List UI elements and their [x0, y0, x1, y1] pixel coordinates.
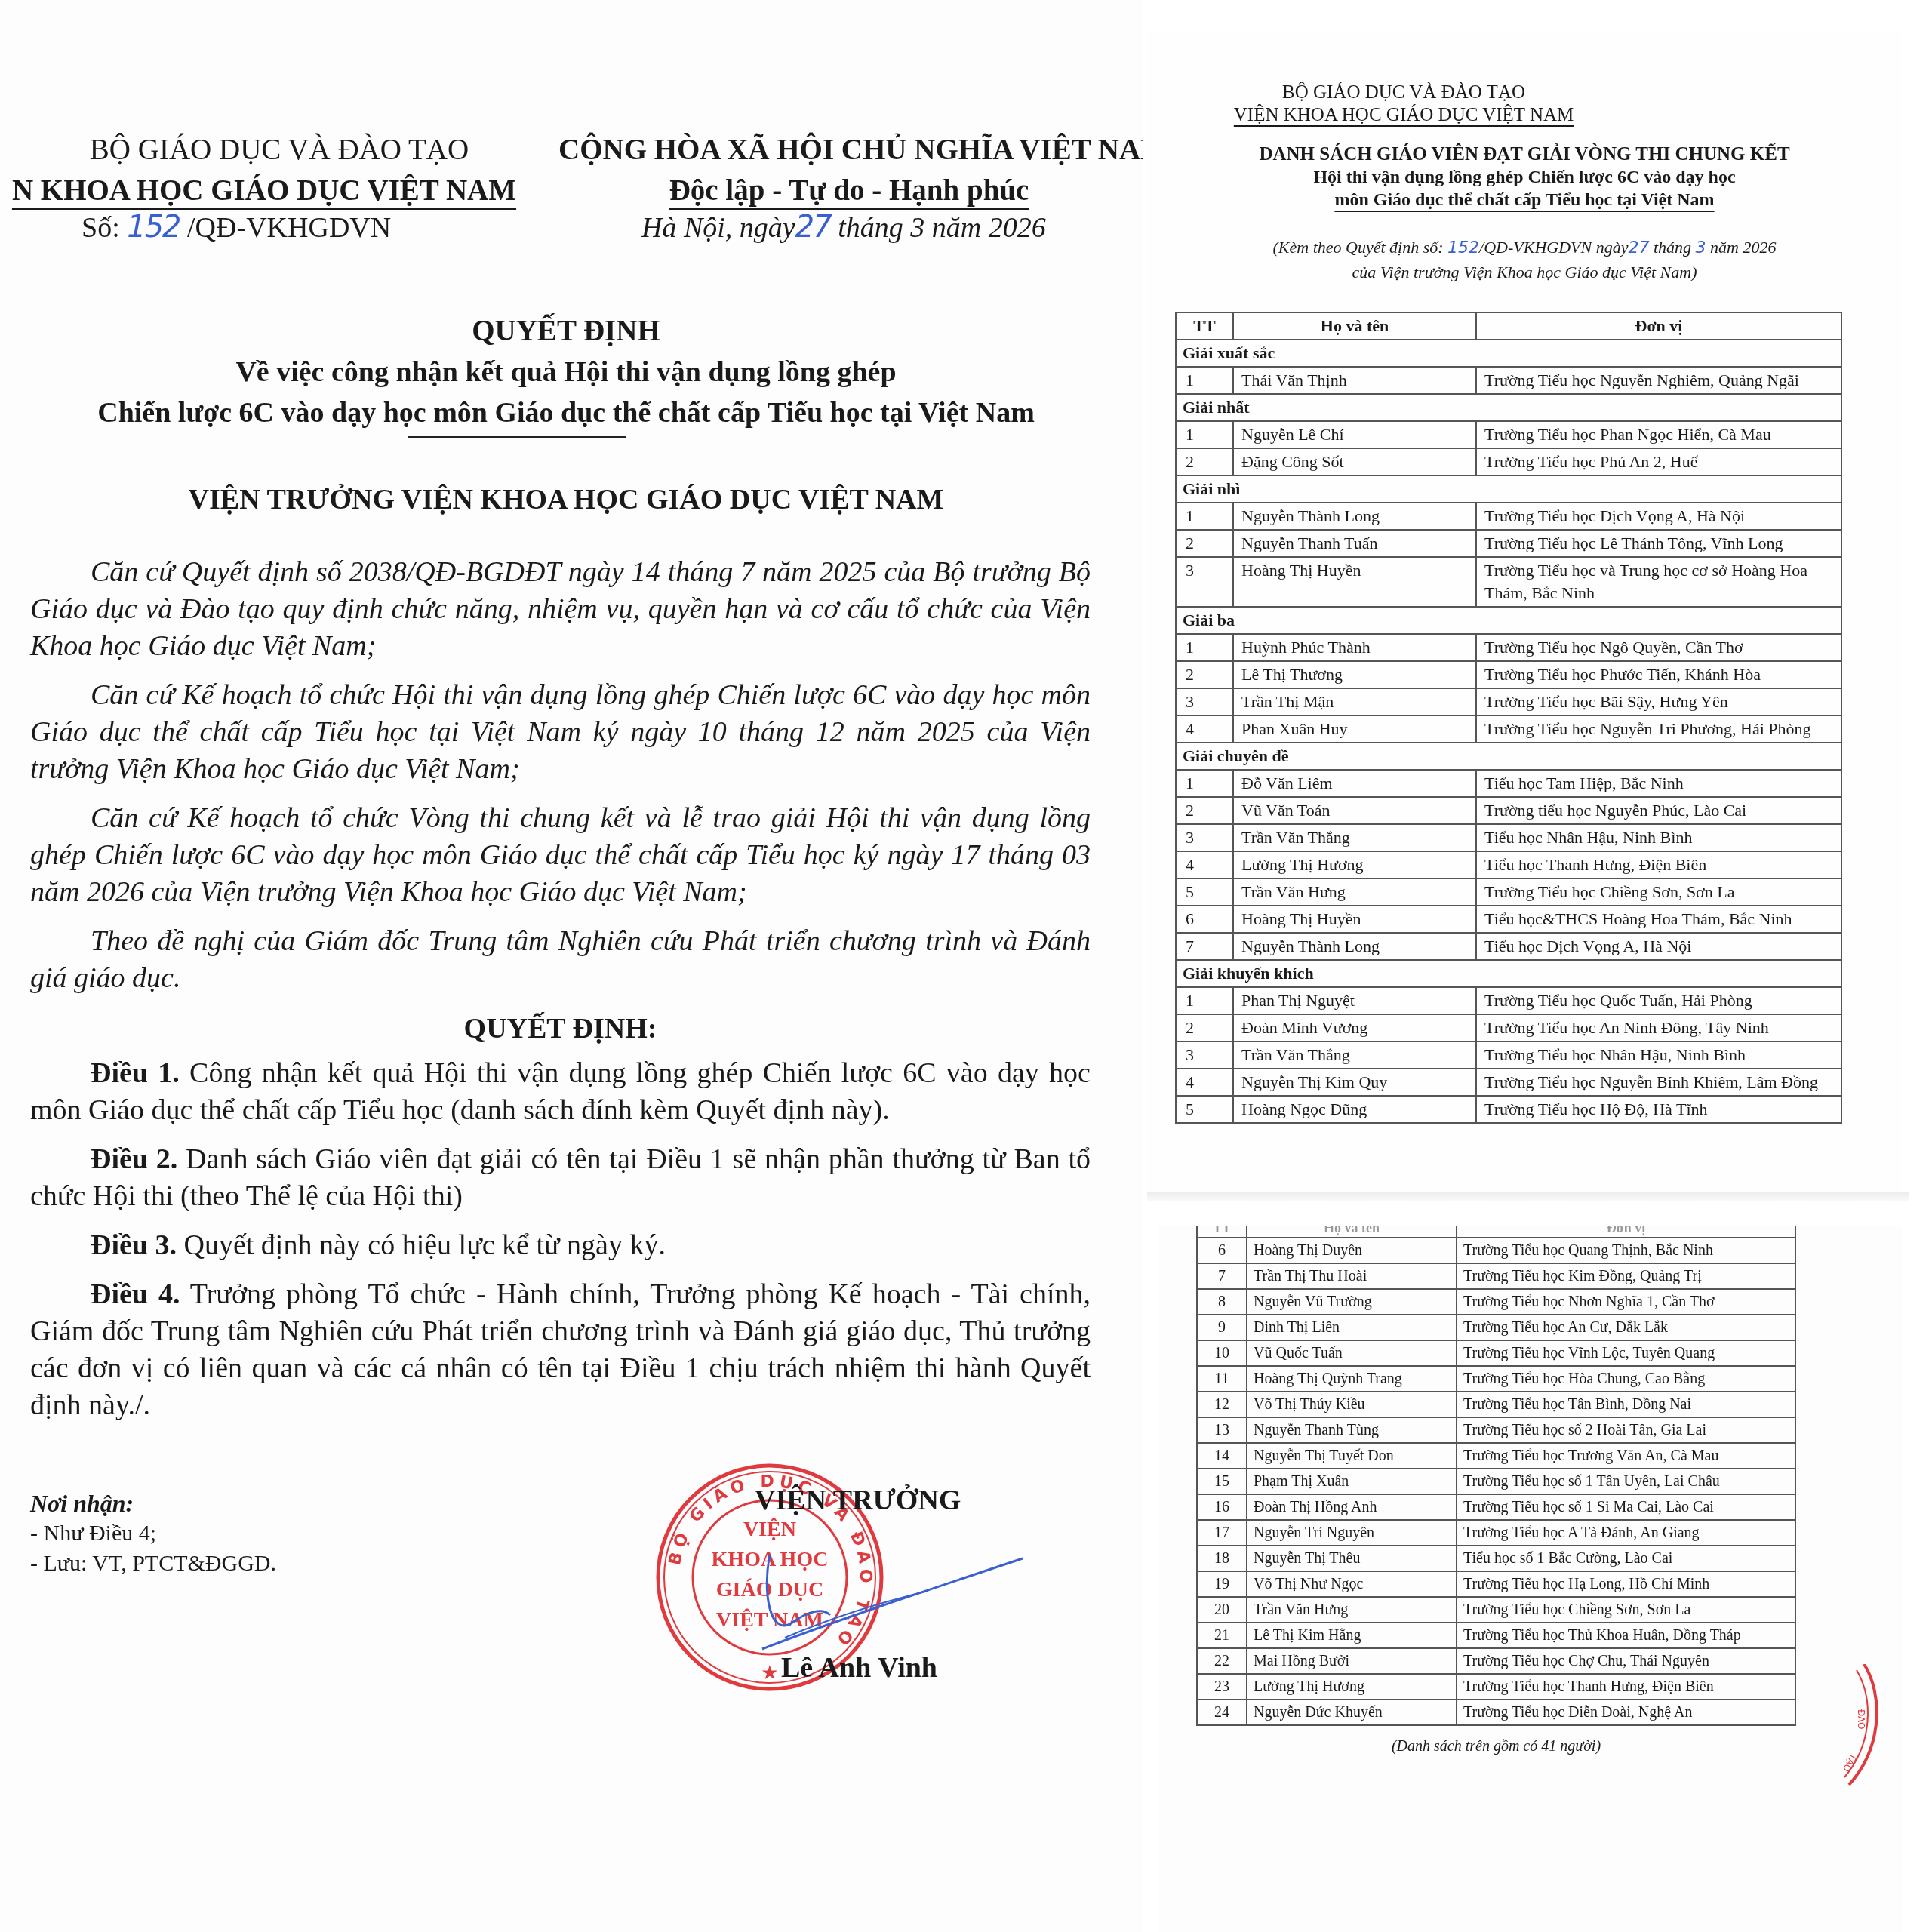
issue-date: Hà Nội, ngày27 tháng 3 năm 2026: [641, 210, 1046, 245]
cell-unit: Trường Tiểu học An Cư, Đắk Lắk: [1457, 1315, 1795, 1340]
table-row: 6Hoàng Thị DuyênTrường Tiểu học Quang Th…: [1197, 1238, 1795, 1263]
recipients-block: Nơi nhận: - Như Điều 4; - Lưu: VT, PTCT&…: [30, 1488, 276, 1579]
award-group-label: Giải chuyên đề: [1176, 743, 1841, 770]
cell-name: Mai Hồng Bưởi: [1247, 1648, 1457, 1674]
republic-name: CỘNG HÒA XÃ HỘI CHỦ NGHĨA VIỆT NAM: [558, 130, 1140, 171]
table-row: 3Trần Văn ThắngTrường Tiểu học Nhân Hậu,…: [1176, 1041, 1841, 1069]
table-row: 2Lê Thị ThươngTrường Tiểu học Phước Tiến…: [1176, 661, 1841, 688]
table-row: 15Phạm Thị XuânTrường Tiểu học số 1 Tân …: [1197, 1469, 1795, 1494]
cell-unit: Trường Tiểu học Nguyễn Bỉnh Khiêm, Lâm Đ…: [1476, 1069, 1841, 1096]
cell-tt: 1: [1176, 503, 1233, 530]
table-row: 2Đặng Công SốtTrường Tiểu học Phú An 2, …: [1176, 448, 1841, 475]
list-ministry: BỘ GIÁO DỤC VÀ ĐÀO TẠO: [1192, 82, 1615, 104]
cell-tt: 16: [1197, 1494, 1247, 1520]
cell-tt: 4: [1176, 851, 1233, 878]
signer-name: Lê Anh Vinh: [781, 1651, 937, 1684]
cell-name: Lê Thị Thương: [1233, 661, 1476, 688]
page-separator: [1147, 1192, 1909, 1201]
table-row: 7Nguyễn Thành LongTiểu học Dịch Vọng A, …: [1176, 933, 1841, 960]
decision-document-page: BỘ GIÁO DỤC VÀ ĐÀO TẠO N KHOA HỌC GIÁO D…: [0, 0, 1143, 1932]
award-table-body: Giải xuất sắc1Thái Văn ThịnhTrường Tiểu …: [1176, 340, 1841, 1123]
article-2: Điều 2. Danh sách Giáo viên đạt giải có …: [30, 1141, 1091, 1215]
cell-name: Nguyễn Đức Khuyến: [1247, 1700, 1457, 1725]
table-row: 22Mai Hồng BưởiTrường Tiểu học Chợ Chu, …: [1197, 1648, 1795, 1674]
cell-name: Nguyễn Thị Thêu: [1247, 1546, 1457, 1571]
award-group-row: Giải xuất sắc: [1176, 340, 1841, 367]
cell-unit: Trường Tiểu học Nhơn Nghĩa 1, Cần Thơ: [1457, 1289, 1795, 1315]
table-row: 1Đỗ Văn LiêmTiểu học Tam Hiệp, Bắc Ninh: [1176, 770, 1841, 797]
decision-subtitle-line1: Về việc công nhận kết quả Hội thi vận dụ…: [30, 352, 1102, 392]
column-header-name: Họ và tên: [1247, 1226, 1457, 1238]
cell-name: Vũ Văn Toán: [1233, 797, 1476, 824]
decision-title-block: QUYẾT ĐỊNH Về việc công nhận kết quả Hội…: [30, 311, 1102, 438]
cell-unit: Tiểu học Nhân Hậu, Ninh Bình: [1476, 824, 1841, 851]
cell-name: Lường Thị Hương: [1233, 851, 1476, 878]
table-row: 18Nguyễn Thị ThêuTiểu học số 1 Bắc Cường…: [1197, 1546, 1795, 1571]
cell-unit: Tiểu học Thanh Hưng, Điện Biên: [1476, 851, 1841, 878]
table-row: 9Đinh Thị LiênTrường Tiểu học An Cư, Đắk…: [1197, 1315, 1795, 1340]
cell-unit: Trường Tiểu học An Ninh Đông, Tây Ninh: [1476, 1014, 1841, 1041]
cell-tt: 2: [1176, 530, 1233, 557]
partial-seal-icon: ĐÀO TẠO: [1841, 1664, 1887, 1792]
cell-tt: 2: [1176, 797, 1233, 824]
cell-name: Đỗ Văn Liêm: [1233, 770, 1476, 797]
table-row: 14Nguyễn Thị Tuyết DonTrường Tiểu học Tr…: [1197, 1443, 1795, 1469]
table-row: 24Nguyễn Đức KhuyếnTrường Tiểu học Diễn …: [1197, 1700, 1795, 1725]
list-institute: VIỆN KHOA HỌC GIÁO DỤC VIỆT NAM: [1192, 104, 1615, 127]
cell-unit: Tiểu học Tam Hiệp, Bắc Ninh: [1476, 770, 1841, 797]
table-row: 1Thái Văn ThịnhTrường Tiểu học Nguyễn Ng…: [1176, 367, 1841, 394]
cell-name: Võ Thị Thúy Kiều: [1247, 1392, 1457, 1417]
award-table-continuation-body: 6Hoàng Thị DuyênTrường Tiểu học Quang Th…: [1197, 1238, 1795, 1725]
table-row: 2Đoàn Minh VươngTrường Tiểu học An Ninh …: [1176, 1014, 1841, 1041]
list-title-block: DANH SÁCH GIÁO VIÊN ĐẠT GIẢI VÒNG THI CH…: [1192, 143, 1857, 211]
list-title: DANH SÁCH GIÁO VIÊN ĐẠT GIẢI VÒNG THI CH…: [1192, 143, 1857, 166]
table-row: 1Phan Thị NguyệtTrường Tiểu học Quốc Tuấ…: [1176, 987, 1841, 1014]
cell-tt: 2: [1176, 661, 1233, 688]
handwritten-number: 152: [1447, 238, 1479, 257]
national-motto: Độc lập - Tự do - Hạnh phúc: [558, 171, 1140, 211]
table-row: 17Nguyễn Trí NguyênTrường Tiểu học A Tà …: [1197, 1520, 1795, 1546]
cell-tt: 23: [1197, 1674, 1247, 1700]
attachment-reference: (Kèm theo Quyết định số: 152/QĐ-VKHGDVN …: [1192, 235, 1857, 285]
award-group-label: Giải ba: [1176, 607, 1841, 634]
column-header-unit: Đơn vị: [1476, 312, 1841, 340]
cell-name: Nguyễn Lê Chí: [1233, 421, 1476, 448]
cell-tt: 20: [1197, 1597, 1247, 1623]
decision-subtitle-line2: Chiến lược 6C vào dạy học môn Giáo dục t…: [30, 392, 1102, 433]
svg-text:TẠO: TẠO: [1841, 1752, 1860, 1774]
cell-unit: Trường Tiểu học Phú An 2, Huế: [1476, 448, 1841, 475]
table-row: 21Lê Thị Kim HằngTrường Tiểu học Thủ Kho…: [1197, 1623, 1795, 1648]
cell-unit: Tiểu học số 1 Bắc Cường, Lào Cai: [1457, 1546, 1795, 1571]
cell-name: Nguyễn Thị Tuyết Don: [1247, 1443, 1457, 1469]
cell-name: Hoàng Thị Quỳnh Trang: [1247, 1366, 1457, 1392]
cell-tt: 21: [1197, 1623, 1247, 1648]
cell-tt: 2: [1176, 1014, 1233, 1041]
list-subtitle-line1: Hội thi vận dụng lồng ghép Chiến lược 6C…: [1192, 166, 1857, 189]
cell-unit: Trường Tiểu học A Tà Đảnh, An Giang: [1457, 1520, 1795, 1546]
list-subtitle-line2: môn Giáo dục thể chất cấp Tiểu học tại V…: [1192, 189, 1857, 211]
table-row: 10Vũ Quốc TuấnTrường Tiểu học Vĩnh Lộc, …: [1197, 1340, 1795, 1366]
cell-name: Trần Văn Hưng: [1247, 1597, 1457, 1623]
table-row: 5Trần Văn HưngTrường Tiểu học Chiềng Sơn…: [1176, 878, 1841, 906]
authority-heading: VIỆN TRƯỞNG VIỆN KHOA HỌC GIÁO DỤC VIỆT …: [30, 483, 1102, 516]
cell-name: Nguyễn Thanh Tuấn: [1233, 530, 1476, 557]
cell-tt: 4: [1176, 1069, 1233, 1096]
cell-unit: Trường Tiểu học Quang Thịnh, Bắc Ninh: [1457, 1238, 1795, 1263]
column-header-tt: TT: [1197, 1226, 1247, 1238]
cell-tt: 9: [1197, 1315, 1247, 1340]
cell-unit: Trường Tiểu học Phước Tiến, Khánh Hòa: [1476, 661, 1841, 688]
column-header-tt: TT: [1176, 312, 1233, 340]
cell-unit: Trường Tiểu học Quốc Tuấn, Hải Phòng: [1476, 987, 1841, 1014]
table-row: 12Võ Thị Thúy KiềuTrường Tiểu học Tân Bì…: [1197, 1392, 1795, 1417]
article-3: Điều 3. Quyết định này có hiệu lực kể từ…: [30, 1227, 1091, 1264]
award-group-row: Giải nhì: [1176, 475, 1841, 503]
cell-tt: 12: [1197, 1392, 1247, 1417]
cell-unit: Trường Tiểu học Dịch Vọng A, Hà Nội: [1476, 503, 1841, 530]
cell-tt: 1: [1176, 987, 1233, 1014]
table-row: 4Lường Thị HươngTiểu học Thanh Hưng, Điệ…: [1176, 851, 1841, 878]
cell-unit: Trường Tiểu học Chiềng Sơn, Sơn La: [1476, 878, 1841, 906]
cell-unit: Tiểu học&THCS Hoàng Hoa Thám, Bắc Ninh: [1476, 906, 1841, 933]
cell-tt: 1: [1176, 770, 1233, 797]
cell-unit: Trường Tiểu học Phan Ngọc Hiển, Cà Mau: [1476, 421, 1841, 448]
cell-name: Trần Thị Mận: [1233, 688, 1476, 715]
cell-unit: Trường Tiểu học Nhân Hậu, Ninh Bình: [1476, 1041, 1841, 1069]
cell-unit: Trường Tiểu học số 1 Si Ma Cai, Lào Cai: [1457, 1494, 1795, 1520]
cell-name: Hoàng Thị Duyên: [1247, 1238, 1457, 1263]
table-row: 8Nguyễn Vũ TrườngTrường Tiểu học Nhơn Ng…: [1197, 1289, 1795, 1315]
cell-unit: Trường Tiểu học Tân Bình, Đồng Nai: [1457, 1392, 1795, 1417]
table-row: 23Lường Thị HươngTrường Tiểu học Thanh H…: [1197, 1674, 1795, 1700]
list-issuing-body: BỘ GIÁO DỤC VÀ ĐÀO TẠO VIỆN KHOA HỌC GIÁ…: [1192, 82, 1615, 127]
cell-name: Đoàn Thị Hồng Anh: [1247, 1494, 1457, 1520]
cell-unit: Trường Tiểu học Lê Thánh Tông, Vĩnh Long: [1476, 530, 1841, 557]
cell-tt: 1: [1176, 421, 1233, 448]
table-row: 4Phan Xuân HuyTrường Tiểu học Nguyễn Tri…: [1176, 715, 1841, 743]
cell-name: Trần Văn Hưng: [1233, 878, 1476, 906]
table-row: 1Nguyễn Lê ChíTrường Tiểu học Phan Ngọc …: [1176, 421, 1841, 448]
table-header-row: TT Họ và tên Đơn vị: [1197, 1226, 1795, 1238]
table-row: 3Trần Thị MậnTrường Tiểu học Bãi Sậy, Hư…: [1176, 688, 1841, 715]
cell-name: Đoàn Minh Vương: [1233, 1014, 1476, 1041]
cell-unit: Trường tiểu học Nguyễn Phúc, Lào Cai: [1476, 797, 1841, 824]
table-row: 4Nguyễn Thị Kim QuyTrường Tiểu học Nguyễ…: [1176, 1069, 1841, 1096]
cell-name: Trần Văn Thắng: [1233, 1041, 1476, 1069]
table-row: 2Nguyễn Thanh TuấnTrường Tiểu học Lê Thá…: [1176, 530, 1841, 557]
cell-unit: Trường Tiểu học Bãi Sậy, Hưng Yên: [1476, 688, 1841, 715]
handwritten-number: 152: [127, 210, 180, 245]
recipient-item: - Như Điều 4;: [30, 1518, 276, 1549]
cell-tt: 1: [1176, 367, 1233, 394]
national-header: CỘNG HÒA XÃ HỘI CHỦ NGHĨA VIỆT NAM Độc l…: [558, 130, 1140, 211]
signature-icon: [740, 1524, 1026, 1660]
cell-tt: 3: [1176, 557, 1233, 607]
award-group-row: Giải chuyên đề: [1176, 743, 1841, 770]
document-number: Số: 152 /QĐ-VKHGDVN: [82, 210, 391, 245]
cell-name: Nguyễn Thanh Tùng: [1247, 1417, 1457, 1443]
cell-unit: Trường Tiểu học Thủ Khoa Huân, Đồng Tháp: [1457, 1623, 1795, 1648]
table-row: 16Đoàn Thị Hồng AnhTrường Tiểu học số 1 …: [1197, 1494, 1795, 1520]
cell-tt: 10: [1197, 1340, 1247, 1366]
cell-tt: 7: [1197, 1263, 1247, 1289]
cell-name: Lê Thị Kim Hằng: [1247, 1623, 1457, 1648]
cell-name: Trần Thị Thu Hoài: [1247, 1263, 1457, 1289]
award-group-row: Giải nhất: [1176, 394, 1841, 421]
cell-name: Phan Xuân Huy: [1233, 715, 1476, 743]
cell-unit: Trường Tiểu học Nguyễn Tri Phương, Hải P…: [1476, 715, 1841, 743]
award-group-label: Giải nhì: [1176, 475, 1841, 503]
cell-name: Huỳnh Phúc Thành: [1233, 634, 1476, 661]
cell-unit: Trường Tiểu học Hòa Chung, Cao Bằng: [1457, 1366, 1795, 1392]
proposal-ground: Theo đề nghị của Giám đốc Trung tâm Nghi…: [30, 923, 1091, 997]
table-row: 20Trần Văn HưngTrường Tiểu học Chiềng Sơ…: [1197, 1597, 1795, 1623]
cell-tt: 15: [1197, 1469, 1247, 1494]
cell-tt: 4: [1176, 715, 1233, 743]
signer-title: VIỆN TRƯỞNG: [755, 1484, 961, 1517]
svg-text:ĐÀO: ĐÀO: [1856, 1709, 1867, 1730]
cell-unit: Trường Tiểu học Trương Văn An, Cà Mau: [1457, 1443, 1795, 1469]
cell-tt: 14: [1197, 1443, 1247, 1469]
handwritten-day: 27: [1628, 238, 1649, 257]
cell-unit: Trường Tiểu học Thanh Hưng, Điện Biên: [1457, 1674, 1795, 1700]
handwritten-month: 3: [1696, 238, 1706, 257]
cell-name: Đặng Công Sốt: [1233, 448, 1476, 475]
cell-name: Phạm Thị Xuân: [1247, 1469, 1457, 1494]
award-group-label: Giải khuyến khích: [1176, 960, 1841, 987]
cell-unit: Trường Tiểu học Kim Đồng, Quảng Trị: [1457, 1263, 1795, 1289]
decides-heading: QUYẾT ĐỊNH:: [30, 1011, 1091, 1048]
cell-unit: Trường Tiểu học Diễn Đoài, Nghệ An: [1457, 1700, 1795, 1725]
cell-tt: 18: [1197, 1546, 1247, 1571]
column-header-name: Họ và tên: [1233, 312, 1476, 340]
cell-unit: Trường Tiểu học Chợ Chu, Thái Nguyên: [1457, 1648, 1795, 1674]
cell-name: Phan Thị Nguyệt: [1233, 987, 1476, 1014]
table-row: 5Hoàng Ngọc DũngTrường Tiểu học Hộ Độ, H…: [1176, 1096, 1841, 1123]
cell-tt: 19: [1197, 1571, 1247, 1597]
table-row: 1Nguyễn Thành LongTrường Tiểu học Dịch V…: [1176, 503, 1841, 530]
article-1: Điều 1. Công nhận kết quả Hội thi vận dụ…: [30, 1055, 1091, 1129]
table-row: 2Vũ Văn ToánTrường tiểu học Nguyễn Phúc,…: [1176, 797, 1841, 824]
cell-name: Nguyễn Thành Long: [1233, 503, 1476, 530]
cell-tt: 3: [1176, 824, 1233, 851]
cell-name: Nguyễn Vũ Trường: [1247, 1289, 1457, 1315]
cell-name: Võ Thị Như Ngọc: [1247, 1571, 1457, 1597]
cell-unit: Trường Tiểu học Hạ Long, Hồ Chí Minh: [1457, 1571, 1795, 1597]
cell-name: Lường Thị Hương: [1247, 1674, 1457, 1700]
cell-unit: Trường Tiểu học Nguyễn Nghiêm, Quảng Ngã…: [1476, 367, 1841, 394]
cell-tt: 5: [1176, 1096, 1233, 1123]
recipients-label: Nơi nhận:: [30, 1488, 276, 1518]
table-row: 7Trần Thị Thu HoàiTrường Tiểu học Kim Đồ…: [1197, 1263, 1795, 1289]
award-group-row: Giải khuyến khích: [1176, 960, 1841, 987]
issuing-body-header: BỘ GIÁO DỤC VÀ ĐÀO TẠO N KHOA HỌC GIÁO D…: [23, 130, 536, 211]
cell-name: Nguyễn Trí Nguyên: [1247, 1520, 1457, 1546]
cell-tt: 6: [1197, 1238, 1247, 1263]
svg-text:★: ★: [761, 1662, 778, 1684]
award-list-page-2: TT Họ và tên Đơn vị 6Hoàng Thị DuyênTrườ…: [1158, 1226, 1902, 1932]
recipient-item: - Lưu: VT, PTCT&ĐGGD.: [30, 1549, 276, 1579]
cell-tt: 17: [1197, 1520, 1247, 1546]
cell-tt: 1: [1176, 634, 1233, 661]
cell-tt: 13: [1197, 1417, 1247, 1443]
cell-name: Vũ Quốc Tuấn: [1247, 1340, 1457, 1366]
table-row: 6Hoàng Thị HuyềnTiểu học&THCS Hoàng Hoa …: [1176, 906, 1841, 933]
cell-tt: 2: [1176, 448, 1233, 475]
cell-tt: 24: [1197, 1700, 1247, 1725]
decision-title: QUYẾT ĐỊNH: [30, 311, 1102, 352]
cell-name: Đinh Thị Liên: [1247, 1315, 1457, 1340]
column-header-unit: Đơn vị: [1457, 1226, 1795, 1238]
cell-tt: 5: [1176, 878, 1233, 906]
table-row: 11Hoàng Thị Quỳnh TrangTrường Tiểu học H…: [1197, 1366, 1795, 1392]
cell-unit: Trường Tiểu học số 2 Hoài Tân, Gia Lai: [1457, 1417, 1795, 1443]
cell-unit: Trường Tiểu học và Trung học cơ sở Hoàng…: [1476, 557, 1841, 607]
cell-tt: 3: [1176, 688, 1233, 715]
table-row: 3Hoàng Thị HuyềnTrường Tiểu học và Trung…: [1176, 557, 1841, 607]
cell-unit: Trường Tiểu học Chiềng Sơn, Sơn La: [1457, 1597, 1795, 1623]
cell-name: Thái Văn Thịnh: [1233, 367, 1476, 394]
cell-tt: 11: [1197, 1366, 1247, 1392]
award-table-continuation: TT Họ và tên Đơn vị 6Hoàng Thị DuyênTrườ…: [1196, 1226, 1796, 1726]
cell-name: Hoàng Thị Huyền: [1233, 557, 1476, 607]
cell-tt: 22: [1197, 1648, 1247, 1674]
award-group-label: Giải nhất: [1176, 394, 1841, 421]
legal-ground-3: Căn cứ Kế hoạch tổ chức Vòng thi chung k…: [30, 800, 1091, 911]
table-header-row: TT Họ và tên Đơn vị: [1176, 312, 1841, 340]
institute-name: N KHOA HỌC GIÁO DỤC VIỆT NAM: [0, 171, 536, 211]
title-underline: [408, 436, 626, 438]
table-row: 1Huỳnh Phúc ThànhTrường Tiểu học Ngô Quy…: [1176, 634, 1841, 661]
cell-name: Nguyễn Thành Long: [1233, 933, 1476, 960]
cell-tt: 3: [1176, 1041, 1233, 1069]
award-list-page-1: BỘ GIÁO DỤC VÀ ĐÀO TẠO VIỆN KHOA HỌC GIÁ…: [1147, 30, 1902, 1192]
article-4: Điều 4. Trưởng phòng Tổ chức - Hành chín…: [30, 1276, 1091, 1424]
cell-tt: 8: [1197, 1289, 1247, 1315]
handwritten-day: 27: [795, 210, 831, 245]
cell-unit: Trường Tiểu học số 1 Tân Uyên, Lai Châu: [1457, 1469, 1795, 1494]
cell-name: Trần Văn Thắng: [1233, 824, 1476, 851]
ministry-name: BỘ GIÁO DỤC VÀ ĐÀO TẠO: [23, 130, 536, 171]
cell-name: Hoàng Thị Huyền: [1233, 906, 1476, 933]
cell-name: Hoàng Ngọc Dũng: [1233, 1096, 1476, 1123]
award-table: TT Họ và tên Đơn vị Giải xuất sắc1Thái V…: [1175, 312, 1842, 1124]
cell-unit: Trường Tiểu học Vĩnh Lộc, Tuyên Quang: [1457, 1340, 1795, 1366]
cell-unit: Trường Tiểu học Ngô Quyền, Cần Thơ: [1476, 634, 1841, 661]
cell-name: Nguyễn Thị Kim Quy: [1233, 1069, 1476, 1096]
decision-body: Căn cứ Quyết định số 2038/QĐ-BGDĐT ngày …: [30, 554, 1091, 1436]
award-group-row: Giải ba: [1176, 607, 1841, 634]
cell-tt: 7: [1176, 933, 1233, 960]
legal-ground-2: Căn cứ Kế hoạch tổ chức Hội thi vận dụng…: [30, 677, 1091, 788]
award-group-label: Giải xuất sắc: [1176, 340, 1841, 367]
cell-tt: 6: [1176, 906, 1233, 933]
cell-unit: Trường Tiểu học Hộ Độ, Hà Tĩnh: [1476, 1096, 1841, 1123]
list-total-note: (Danh sách trên gồm có 41 người): [1158, 1738, 1834, 1755]
legal-ground-1: Căn cứ Quyết định số 2038/QĐ-BGDĐT ngày …: [30, 554, 1091, 665]
table-row: 3Trần Văn ThắngTiểu học Nhân Hậu, Ninh B…: [1176, 824, 1841, 851]
table-row: 13Nguyễn Thanh TùngTrường Tiểu học số 2 …: [1197, 1417, 1795, 1443]
cell-unit: Tiểu học Dịch Vọng A, Hà Nội: [1476, 933, 1841, 960]
table-row: 19Võ Thị Như NgọcTrường Tiểu học Hạ Long…: [1197, 1571, 1795, 1597]
